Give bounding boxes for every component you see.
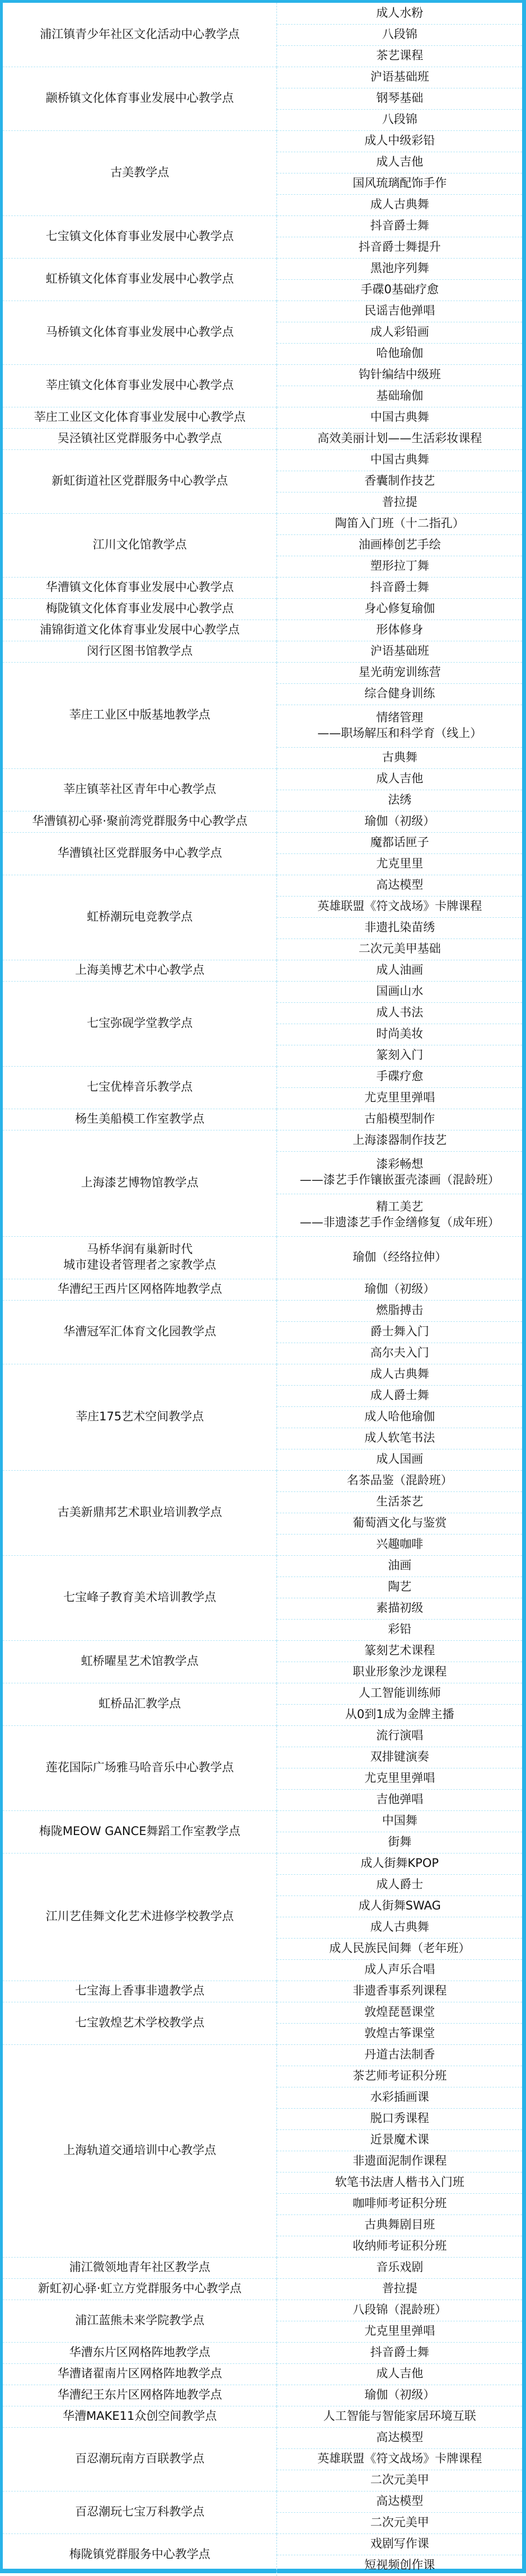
course-cell: 瑜伽（初级） [277,811,522,832]
teaching-point-cell: 上海漆艺博物馆教学点 [3,1130,277,1236]
table-row: 浦锦街道文化体育事业发展中心教学点形体修身 [3,620,522,641]
table-row: 华漕纪王西片区网格阵地教学点瑜伽（初级） [3,1279,522,1300]
teaching-point-cell: 梅陇镇文化体育事业发展中心教学点 [3,598,277,620]
table-frame: 浦江镇青少年社区文化活动中心教学点成人水粉八段锦茶艺课程颛桥镇文化体育事业发展中… [0,0,526,2573]
teaching-point-cell: 百忍潮玩南方百联教学点 [3,2427,277,2491]
course-cell: 职业形象沙龙课程 [277,1662,522,1683]
course-cell: 成人国画 [277,1449,522,1470]
course-cell: 敦煌琵琶课堂 [277,2002,522,2023]
course-cell: 英雄联盟《符文战场》卡牌课程 [277,896,522,917]
teaching-point-cell: 华漕诸翟南片区网格阵地教学点 [3,2363,277,2385]
course-cell: 成人爵士舞 [277,1385,522,1406]
course-cell: 爵士舞入门 [277,1321,522,1343]
table-row: 华漕东片区网格阵地教学点抖音爵士舞 [3,2342,522,2363]
course-cell: 情绪管理 ——职场解压和科学育（线上） [277,705,522,747]
course-cell: 钢琴基础 [277,88,522,109]
table-row: 华漕镇初心驿·聚前湾党群服务中心教学点瑜伽（初级） [3,811,522,832]
table-row: 七宝峰子教育美术培训教学点油画 [3,1555,522,1576]
course-cell: 抖音爵士舞 [277,577,522,598]
course-cell: 吉他弹唱 [277,1789,522,1810]
course-cell: 国画山水 [277,981,522,1002]
course-cell: 二次元美甲 [277,2470,522,2491]
table-row: 七宝弥砚学堂教学点国画山水 [3,981,522,1002]
table-row: 马桥华润有巢新时代 城市建设者管理者之家教学点瑜伽（经络拉伸） [3,1236,522,1279]
table-row: 古美教学点成人中级彩铅 [3,130,522,152]
teaching-point-cell: 莘庄镇文化体育事业发展中心教学点 [3,364,277,407]
course-cell: 成人彩铅画 [277,322,522,343]
course-cell: 油画 [277,1555,522,1576]
teaching-point-cell: 华漕纪王西片区网格阵地教学点 [3,1279,277,1300]
course-cell: 成人街舞SWAG [277,1895,522,1917]
course-cell: 素描初级 [277,1598,522,1619]
teaching-point-cell: 七宝镇文化体育事业发展中心教学点 [3,215,277,258]
course-cell: 成人油画 [277,960,522,981]
course-cell: 高效美丽计划——生活彩妆课程 [277,428,522,449]
table-row: 华漕冠军汇体育文化园教学点燃脂搏击 [3,1300,522,1321]
course-cell: 八段锦 [277,109,522,130]
course-cell: 非遗面泥制作课程 [277,2151,522,2172]
course-cell: 手碟疗愈 [277,1066,522,1087]
teaching-point-cell: 吴泾镇社区党群服务中心教学点 [3,428,277,449]
course-cell: 综合健身训练 [277,683,522,705]
course-cell: 尤克里里 [277,853,522,875]
table-row: 浦江蓝熊未来学院教学点八段锦（混龄班） [3,2300,522,2321]
teaching-point-cell: 华漕冠军汇体育文化园教学点 [3,1300,277,1364]
course-cell: 成人古典舞 [277,1364,522,1385]
table-row: 梅陇镇党群服务中心教学点戏剧写作课 [3,2533,522,2555]
teaching-point-cell: 浦江蓝熊未来学院教学点 [3,2300,277,2342]
course-cell: 敦煌古筝课堂 [277,2023,522,2044]
course-cell: 成人书法 [277,1002,522,1024]
course-cell: 成人水粉 [277,3,522,24]
teaching-point-cell: 马桥华润有巢新时代 城市建设者管理者之家教学点 [3,1236,277,1279]
teaching-point-cell: 梅陇MEOW GANCE舞蹈工作室教学点 [3,1810,277,1853]
table-row: 新虹初心驿·虹立方党群服务中心教学点普拉提 [3,2278,522,2300]
course-cell: 篆刻入门 [277,1045,522,1066]
table-row: 华漕镇文化体育事业发展中心教学点抖音爵士舞 [3,577,522,598]
course-cell: 英雄联盟《符文战场》卡牌课程 [277,2448,522,2470]
course-cell: 古典舞剧目班 [277,2214,522,2236]
teaching-point-cell: 莘庄工业区文化体育事业发展中心教学点 [3,407,277,428]
teaching-point-cell: 百忍潮玩七宝万科教学点 [3,2491,277,2533]
table-row: 上海美博艺术中心教学点成人油画 [3,960,522,981]
teaching-point-cell: 梅陇镇党群服务中心教学点 [3,2533,277,2576]
table-row: 梅陇MEOW GANCE舞蹈工作室教学点中国舞 [3,1810,522,1832]
course-cell: 近景魔术课 [277,2129,522,2151]
teaching-point-cell: 闵行区图书馆教学点 [3,641,277,662]
course-cell: 双排键演奏 [277,1747,522,1768]
table-row: 百忍潮玩七宝万科教学点高达模型 [3,2491,522,2512]
table-row: 上海漆艺博物馆教学点上海漆器制作技艺 [3,1130,522,1151]
course-cell: 篆刻艺术课程 [277,1640,522,1662]
course-cell: 收纳师考证积分班 [277,2236,522,2257]
table-row: 吴泾镇社区党群服务中心教学点高效美丽计划——生活彩妆课程 [3,428,522,449]
table-row: 新虹街道社区党群服务中心教学点中国古典舞 [3,449,522,471]
course-cell: 水彩插画课 [277,2087,522,2108]
course-cell: 香囊制作技艺 [277,471,522,492]
teaching-point-cell: 莘庄工业区中版基地教学点 [3,662,277,768]
course-cell: 沪语基础班 [277,641,522,662]
teaching-point-cell: 古美新鼎邦艺术职业培训教学点 [3,1470,277,1555]
teaching-point-cell: 七宝敦煌艺术学校教学点 [3,2002,277,2044]
course-cell: 抖音爵士舞提升 [277,237,522,258]
course-cell: 古典舞 [277,747,522,768]
teaching-point-cell: 七宝海上香事非遗教学点 [3,1981,277,2002]
course-cell: 黑池序列舞 [277,258,522,279]
course-cell: 成人吉他 [277,152,522,173]
course-cell: 成人软笔书法 [277,1428,522,1449]
course-cell: 葡萄酒文化与鉴赏 [277,1513,522,1534]
course-cell: 国风琉璃配饰手作 [277,173,522,194]
table-row: 江川文化馆教学点陶笛入门班（十二指孔） [3,513,522,534]
course-cell: 形体修身 [277,620,522,641]
teaching-point-cell: 华漕东片区网格阵地教学点 [3,2342,277,2363]
table-row: 虹桥潮玩电竞教学点高达模型 [3,875,522,896]
course-cell: 成人吉他 [277,2363,522,2385]
course-cell: 成人古典舞 [277,1917,522,1938]
course-cell: 钩针编结中级班 [277,364,522,386]
course-cell: 高达模型 [277,875,522,896]
teaching-point-cell: 马桥镇文化体育事业发展中心教学点 [3,301,277,364]
table-row: 七宝敦煌艺术学校教学点敦煌琵琶课堂 [3,2002,522,2023]
table-row: 七宝海上香事非遗教学点非遗香事系列课程 [3,1981,522,2002]
table-row: 马桥镇文化体育事业发展中心教学点民谣吉他弹唱 [3,301,522,322]
course-cell: 音乐戏剧 [277,2257,522,2278]
course-cell: 非遗香事系列课程 [277,1981,522,2002]
course-cell: 从0到1成为金牌主播 [277,1704,522,1725]
course-cell: 丹道古法制香 [277,2044,522,2066]
course-cell: 手碟0基础疗愈 [277,279,522,301]
teaching-point-cell: 古美教学点 [3,130,277,215]
course-cell: 高达模型 [277,2491,522,2512]
course-cell: 脱口秀课程 [277,2108,522,2129]
course-table-body: 浦江镇青少年社区文化活动中心教学点成人水粉八段锦茶艺课程颛桥镇文化体育事业发展中… [3,3,522,2576]
course-cell: 燃脂搏击 [277,1300,522,1321]
course-cell: 二次元美甲 [277,2512,522,2533]
course-cell: 中国舞 [277,1810,522,1832]
course-cell: 瑜伽（初级） [277,1279,522,1300]
table-row: 浦江微领地青年社区教学点音乐戏剧 [3,2257,522,2278]
course-cell: 茶艺课程 [277,45,522,67]
course-cell: 塑形拉丁舞 [277,556,522,577]
course-cell: 戏剧写作课 [277,2533,522,2555]
teaching-point-cell: 虹桥曜星艺术馆教学点 [3,1640,277,1683]
teaching-point-cell: 华漕纪王东片区网格阵地教学点 [3,2385,277,2406]
course-cell: 精工美艺 ——非遗漆艺手作金缮修复（成年班） [277,1194,522,1236]
table-row: 莘庄镇莘社区青年中心教学点成人吉他 [3,768,522,790]
table-row: 虹桥镇文化体育事业发展中心教学点黑池序列舞 [3,258,522,279]
course-cell: 中国古典舞 [277,407,522,428]
course-cell: 茶艺师考证积分班 [277,2066,522,2087]
table-row: 华漕纪王东片区网格阵地教学点瑜伽（初级） [3,2385,522,2406]
course-cell: 咖啡师考证积分班 [277,2193,522,2214]
table-row: 莘庄工业区文化体育事业发展中心教学点中国古典舞 [3,407,522,428]
course-cell: 非遗扎染苗绣 [277,917,522,939]
teaching-point-cell: 华漕镇社区党群服务中心教学点 [3,832,277,875]
course-cell: 身心修复瑜伽 [277,598,522,620]
course-cell: 瑜伽（初级） [277,2385,522,2406]
course-cell: 基础瑜伽 [277,386,522,407]
course-cell: 普拉提 [277,2278,522,2300]
course-cell: 古船模型制作 [277,1109,522,1130]
table-row: 百忍潮玩南方百联教学点高达模型 [3,2427,522,2448]
teaching-point-cell: 江川文化馆教学点 [3,513,277,577]
course-cell: 上海漆器制作技艺 [277,1130,522,1151]
table-row: 虹桥曜星艺术馆教学点篆刻艺术课程 [3,1640,522,1662]
course-cell: 民谣吉他弹唱 [277,301,522,322]
course-cell: 人工智能训练师 [277,1683,522,1704]
course-cell: 抖音爵士舞 [277,2342,522,2363]
teaching-point-cell: 虹桥品汇教学点 [3,1683,277,1725]
table-row: 华漕诸翟南片区网格阵地教学点成人吉他 [3,2363,522,2385]
course-cell: 软笔书法唐人楷书入门班 [277,2172,522,2193]
course-cell: 沪语基础班 [277,67,522,88]
teaching-point-cell: 虹桥镇文化体育事业发展中心教学点 [3,258,277,301]
course-cell: 成人吉他 [277,768,522,790]
teaching-point-cell: 浦江镇青少年社区文化活动中心教学点 [3,3,277,67]
course-cell: 彩铅 [277,1619,522,1640]
table-row: 莲花国际广场雅马哈音乐中心教学点流行演唱 [3,1725,522,1747]
table-row: 七宝优棒音乐教学点手碟疗愈 [3,1066,522,1087]
table-row: 颛桥镇文化体育事业发展中心教学点沪语基础班 [3,67,522,88]
course-cell: 兴趣咖啡 [277,1534,522,1555]
course-cell: 名茶品鉴（混龄班） [277,1470,522,1491]
course-cell: 法绣 [277,790,522,811]
teaching-point-cell: 颛桥镇文化体育事业发展中心教学点 [3,67,277,130]
table-row: 虹桥品汇教学点人工智能训练师 [3,1683,522,1704]
course-cell: 哈他瑜伽 [277,343,522,364]
course-cell: 尤克里里弹唱 [277,1087,522,1109]
course-cell: 成人爵士 [277,1874,522,1895]
teaching-point-cell: 华漕MAKE11众创空间教学点 [3,2406,277,2427]
course-cell: 时尚美妆 [277,1024,522,1045]
teaching-point-cell: 莘庄175艺术空间教学点 [3,1364,277,1470]
teaching-point-cell: 华漕镇文化体育事业发展中心教学点 [3,577,277,598]
course-cell: 成人民族民间舞（老年班） [277,1938,522,1959]
course-cell: 陶艺 [277,1576,522,1598]
table-row: 莘庄镇文化体育事业发展中心教学点钩针编结中级班 [3,364,522,386]
teaching-point-cell: 上海美博艺术中心教学点 [3,960,277,981]
teaching-point-cell: 上海轨道交通培训中心教学点 [3,2044,277,2257]
table-row: 上海轨道交通培训中心教学点丹道古法制香 [3,2044,522,2066]
teaching-point-cell: 七宝弥砚学堂教学点 [3,981,277,1066]
course-cell: 成人哈他瑜伽 [277,1406,522,1428]
course-cell: 油画棒创艺手绘 [277,534,522,556]
table-row: 七宝镇文化体育事业发展中心教学点抖音爵士舞 [3,215,522,237]
course-cell: 魔都话匣子 [277,832,522,853]
course-cell: 流行演唱 [277,1725,522,1747]
table-row: 闵行区图书馆教学点沪语基础班 [3,641,522,662]
teaching-point-cell: 江川艺佳舞文化艺术进修学校教学点 [3,1853,277,1981]
teaching-point-cell: 七宝优棒音乐教学点 [3,1066,277,1109]
course-cell: 星光萌宠训练营 [277,662,522,683]
teaching-point-cell: 新虹街道社区党群服务中心教学点 [3,449,277,513]
table-row: 古美新鼎邦艺术职业培训教学点名茶品鉴（混龄班） [3,1470,522,1491]
course-cell: 高达模型 [277,2427,522,2448]
table-row: 杨生美船模工作室教学点古船模型制作 [3,1109,522,1130]
table-row: 江川艺佳舞文化艺术进修学校教学点成人街舞KPOP [3,1853,522,1874]
course-cell: 街舞 [277,1832,522,1853]
course-cell: 瑜伽（经络拉伸） [277,1236,522,1279]
course-cell: 高尔夫入门 [277,1343,522,1364]
teaching-point-cell: 浦江微领地青年社区教学点 [3,2257,277,2278]
teaching-point-cell: 浦锦街道文化体育事业发展中心教学点 [3,620,277,641]
course-cell: 成人街舞KPOP [277,1853,522,1874]
table-row: 莘庄工业区中版基地教学点星光萌宠训练营 [3,662,522,683]
course-cell: 人工智能与智能家居环境互联 [277,2406,522,2427]
course-cell: 短视频创作课 [277,2555,522,2576]
table-row: 华漕镇社区党群服务中心教学点魔都话匣子 [3,832,522,853]
course-cell: 抖音爵士舞 [277,215,522,237]
table-row: 华漕MAKE11众创空间教学点人工智能与智能家居环境互联 [3,2406,522,2427]
course-cell: 尤克里里弹唱 [277,2321,522,2342]
course-cell: 普拉提 [277,492,522,513]
teaching-point-cell: 新虹初心驿·虹立方党群服务中心教学点 [3,2278,277,2300]
course-cell: 八段锦（混龄班） [277,2300,522,2321]
course-cell: 漆彩畅想 ——漆艺手作镶嵌蛋壳漆画（混龄班） [277,1151,522,1194]
table-row: 浦江镇青少年社区文化活动中心教学点成人水粉 [3,3,522,24]
course-cell: 生活茶艺 [277,1491,522,1513]
teaching-point-cell: 七宝峰子教育美术培训教学点 [3,1555,277,1640]
course-cell: 成人中级彩铅 [277,130,522,152]
course-cell: 成人古典舞 [277,194,522,215]
teaching-point-cell: 杨生美船模工作室教学点 [3,1109,277,1130]
course-cell: 成人声乐合唱 [277,1959,522,1981]
teaching-point-cell: 莲花国际广场雅马哈音乐中心教学点 [3,1725,277,1810]
table-row: 梅陇镇文化体育事业发展中心教学点身心修复瑜伽 [3,598,522,620]
table-row: 莘庄175艺术空间教学点成人古典舞 [3,1364,522,1385]
teaching-point-cell: 莘庄镇莘社区青年中心教学点 [3,768,277,811]
course-cell: 尤克里里弹唱 [277,1768,522,1789]
course-cell: 中国古典舞 [277,449,522,471]
course-cell: 八段锦 [277,24,522,45]
teaching-point-cell: 虹桥潮玩电竞教学点 [3,875,277,960]
course-cell: 陶笛入门班（十二指孔） [277,513,522,534]
teaching-point-cell: 华漕镇初心驿·聚前湾党群服务中心教学点 [3,811,277,832]
teaching-points-course-table: 浦江镇青少年社区文化活动中心教学点成人水粉八段锦茶艺课程颛桥镇文化体育事业发展中… [3,3,522,2576]
course-cell: 二次元美甲基础 [277,939,522,960]
